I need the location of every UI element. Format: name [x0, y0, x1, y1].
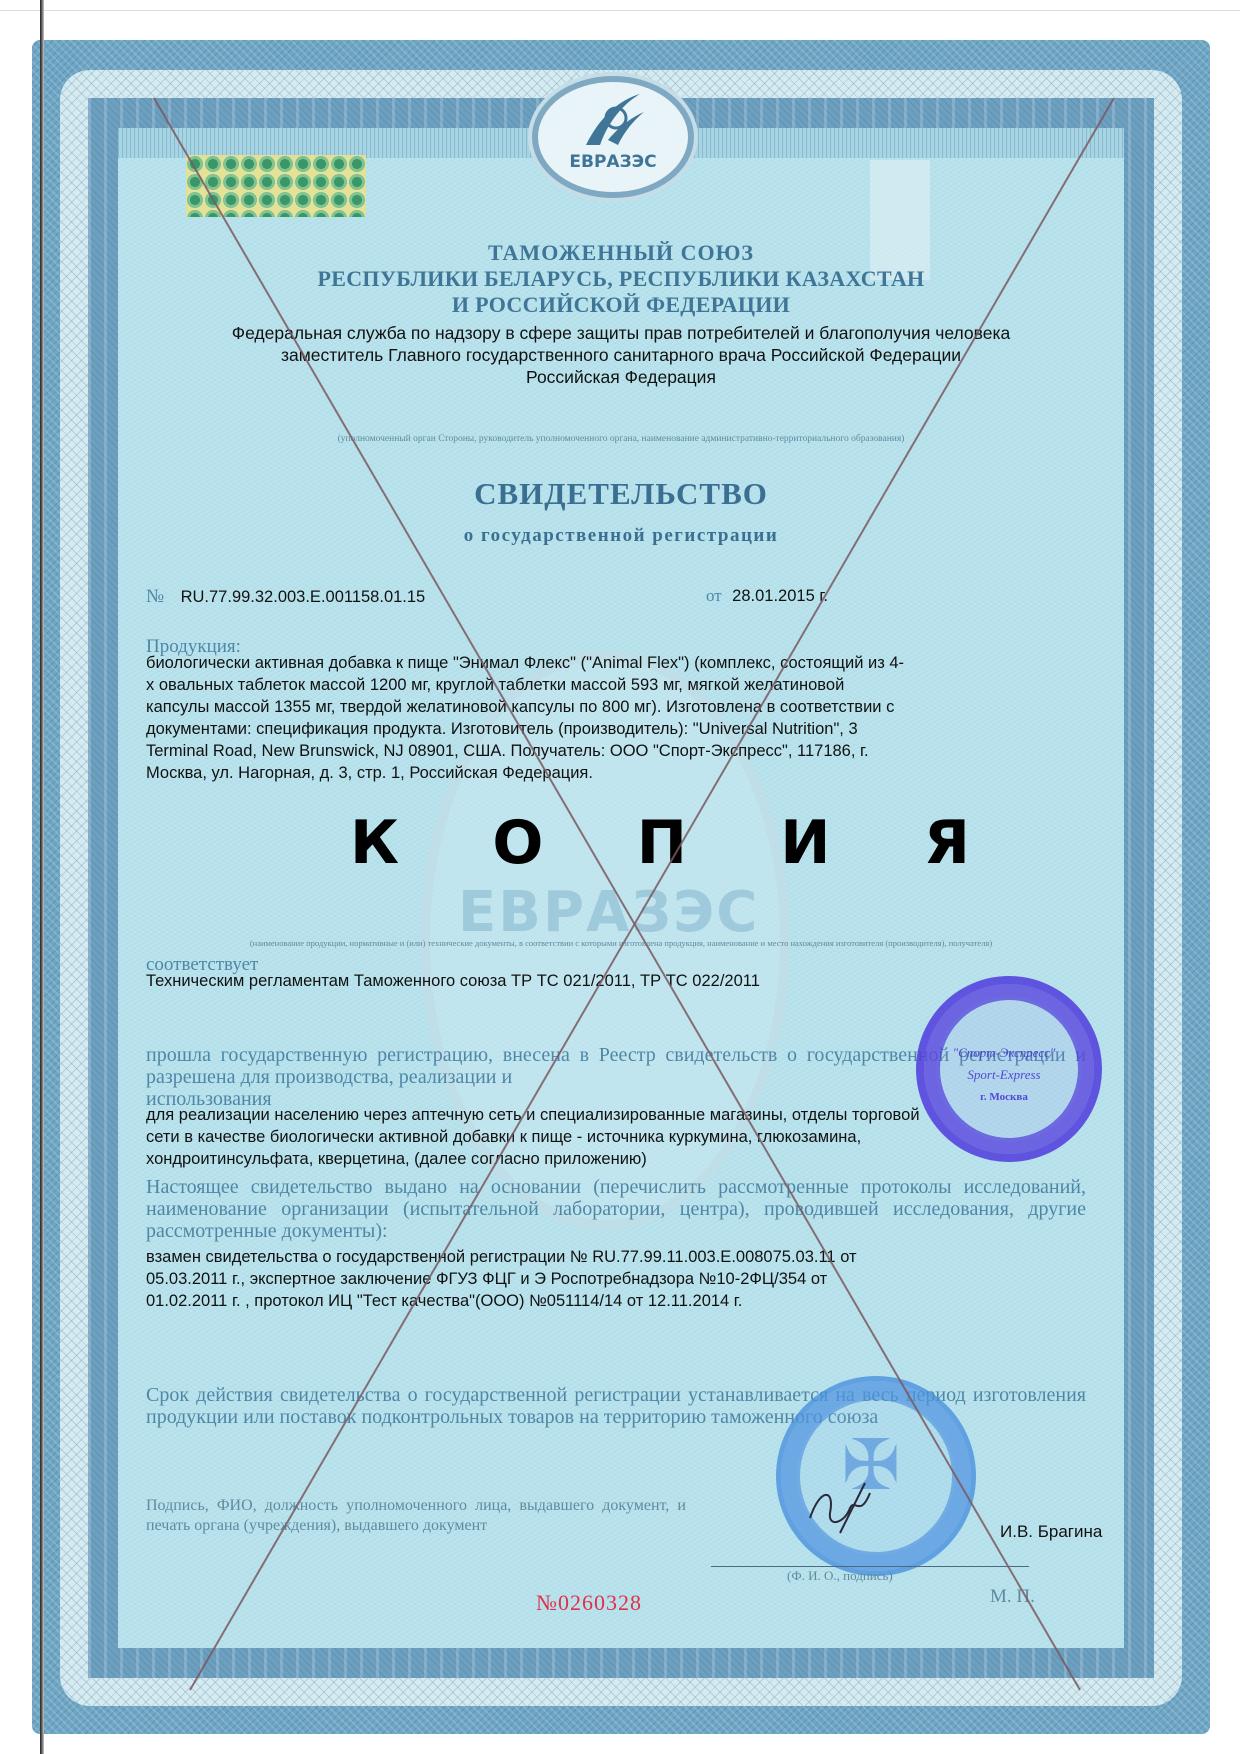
company-stamp-text: "Спорт-Экспресс" Sport-Express г. Москва	[944, 1042, 1064, 1108]
product-line: Terminal Road, New Brunswick, NJ 08901, …	[146, 740, 1106, 762]
eurasec-emblem: ЕВРАЗЭС	[532, 76, 694, 198]
basis-text: Настоящее свидетельство выдано на основа…	[146, 1176, 1086, 1242]
stamp-name-en: Sport-Express	[944, 1064, 1064, 1086]
authority-line-2: заместитель Главного государственного са…	[118, 344, 1124, 366]
signature-line	[711, 1566, 1029, 1567]
certificate-number-row: № RU.77.99.32.003.E.001158.01.15	[146, 586, 425, 608]
certificate-date-row: от 28.01.2015 г.	[706, 586, 828, 606]
document-title: СВИДЕТЕЛЬСТВО	[118, 476, 1124, 512]
basis-line: 01.02.2011 г. , протокол ИЦ "Тест качест…	[146, 1290, 1106, 1312]
copy-mark: К О П И Я	[350, 808, 970, 878]
purpose-line: хондроитинсульфата, кверцетина, (далее с…	[146, 1148, 1106, 1170]
date-label: от	[706, 586, 722, 605]
basis-line: 05.03.2011 г., экспертное заключение ФГУ…	[146, 1268, 1106, 1290]
product-line: документами: спецификация продукта. Изго…	[146, 718, 1106, 740]
number-label: №	[146, 586, 164, 607]
product-caption: (наименование продукции, нормативные и (…	[118, 938, 1124, 948]
copy-letter: Я	[924, 808, 970, 878]
signer-name: И.В. Брагина	[1000, 1522, 1102, 1542]
authority-line-3: Российская Федерация	[118, 366, 1124, 388]
certificate-date: 28.01.2015 г.	[732, 587, 828, 605]
copy-letter: К	[350, 808, 399, 878]
header-line-1: ТАМОЖЕННЫЙ СОЮЗ	[118, 240, 1124, 266]
product-description: биологически активная добавка к пище "Эн…	[146, 652, 1106, 784]
copy-letter: О	[492, 808, 543, 878]
stamp-city: г. Москва	[944, 1086, 1064, 1108]
authority-line-1: Федеральная служба по надзору в сфере за…	[118, 322, 1124, 344]
document-subtitle: о государственной регистрации	[118, 525, 1124, 547]
hologram-sticker	[186, 155, 366, 217]
copy-letter: П	[637, 808, 687, 878]
signature-caption: Подпись, ФИО, должность уполномоченного …	[146, 1496, 686, 1536]
product-line: Москва, ул. Нагорная, д. 3, стр. 1, Росс…	[146, 762, 1106, 784]
form-serial-number: №0260328	[536, 1590, 642, 1616]
stamp-name-ru: "Спорт-Экспресс"	[944, 1042, 1064, 1064]
product-line: биологически активная добавка к пище "Эн…	[146, 652, 1106, 674]
certificate-number: RU.77.99.32.003.E.001158.01.15	[181, 588, 426, 606]
authority-caption: (уполномоченный орган Стороны, руководит…	[118, 434, 1124, 444]
scan-edge-left	[40, 0, 44, 1754]
basis-line: взамен свидетельства о государственной р…	[146, 1246, 1106, 1268]
conformity-value: Техническим регламентам Таможенного союз…	[146, 970, 760, 992]
signature-icon	[800, 1478, 880, 1538]
signer-caption: (Ф. И. О., подпись)	[787, 1568, 893, 1584]
scan-edge-top	[0, 10, 1240, 11]
seal-label: М. П.	[990, 1586, 1035, 1608]
watermark-text: ЕВРАЗЭС	[458, 880, 758, 945]
product-line: х овальных таблеток массой 1200 мг, круг…	[146, 674, 1106, 696]
header-line-2: РЕСПУБЛИКИ БЕЛАРУСЬ, РЕСПУБЛИКИ КАЗАХСТА…	[118, 266, 1124, 292]
product-line: капсулы массой 1355 мг, твердой желатино…	[146, 696, 1106, 718]
header-line-3: И РОССИЙСКОЙ ФЕДЕРАЦИИ	[118, 292, 1124, 318]
eurasec-emblem-icon	[578, 90, 648, 150]
emblem-label: ЕВРАЗЭС	[538, 152, 688, 172]
basis-documents: взамен свидетельства о государственной р…	[146, 1246, 1106, 1312]
copy-letter: И	[780, 808, 830, 878]
